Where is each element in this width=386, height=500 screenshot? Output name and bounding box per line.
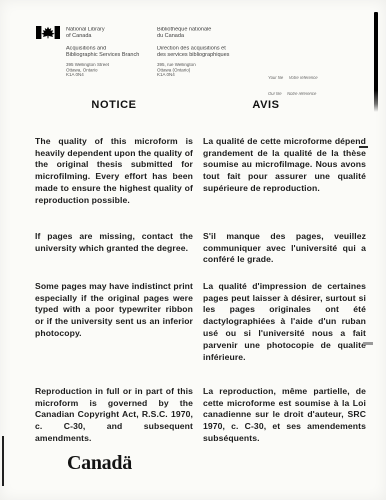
- canada-wordmark: Canadä: [67, 452, 132, 475]
- scan-artifact-right-bar: [374, 12, 378, 112]
- your-file-reference: Your fileVotre référence: [268, 76, 318, 80]
- org-name-en: National Library of Canada: [66, 27, 105, 40]
- notice-paragraph-3: Some pages may have indistinct print esp…: [35, 281, 193, 341]
- notice-paragraph-1: The quality of this microform is heavily…: [35, 136, 193, 207]
- branch-name-fr: Direction des acquisitions et des servic…: [157, 46, 229, 59]
- branch-name-fr-line2: des services bibliographiques: [157, 52, 229, 58]
- notice-title: NOTICE: [35, 99, 193, 111]
- avis-paragraph-4: La reproduction, même partielle, de cett…: [203, 386, 366, 446]
- org-name-en-line2: of Canada: [66, 33, 105, 39]
- avis-paragraph-3: La qualité d'impression de certaines pag…: [203, 281, 366, 364]
- org-name-fr-line2: du Canada: [157, 33, 211, 39]
- address-fr: 395, rue Wellington Ottawa (Ontario) K1A…: [157, 63, 196, 78]
- canada-flag-icon: [36, 26, 60, 39]
- branch-name-en: Acquisitions and Bibliographic Services …: [66, 46, 139, 59]
- avis-paragraph-1: La qualité de cette microforme dépend gr…: [203, 136, 366, 196]
- org-name-fr: Bibliothèque nationale du Canada: [157, 27, 211, 40]
- scan-artifact-dash-bottom: [363, 342, 373, 345]
- notice-paragraph-4: Reproduction in full or in part of this …: [35, 386, 193, 446]
- avis-paragraph-2: S'il manque des pages, veuillez communiq…: [203, 231, 366, 267]
- your-file-label: Your file: [268, 76, 283, 80]
- avis-title: AVIS: [196, 99, 336, 111]
- address-fr-line1: 395, rue Wellington: [157, 63, 196, 68]
- notice-paragraph-2: If pages are missing, contact the univer…: [35, 231, 193, 255]
- address-fr-line3: K1A 0N4: [157, 73, 196, 78]
- our-file-label: Our file: [268, 92, 282, 96]
- address-en-line1: 395 Wellington Street: [66, 63, 109, 68]
- our-file-ref: Notre référence: [287, 92, 316, 96]
- microform-notice-page: National Library of Canada Bibliothèque …: [0, 0, 386, 500]
- your-file-ref: Votre référence: [289, 76, 318, 80]
- our-file-reference: Our fileNotre référence: [268, 92, 316, 96]
- address-en: 395 Wellington Street Ottawa, Ontario K1…: [66, 63, 109, 78]
- scan-artifact-dash-top: [359, 146, 368, 148]
- address-en-line3: K1A 0N4: [66, 73, 109, 78]
- scan-artifact-left-bar: [2, 436, 4, 486]
- branch-name-en-line2: Bibliographic Services Branch: [66, 52, 139, 58]
